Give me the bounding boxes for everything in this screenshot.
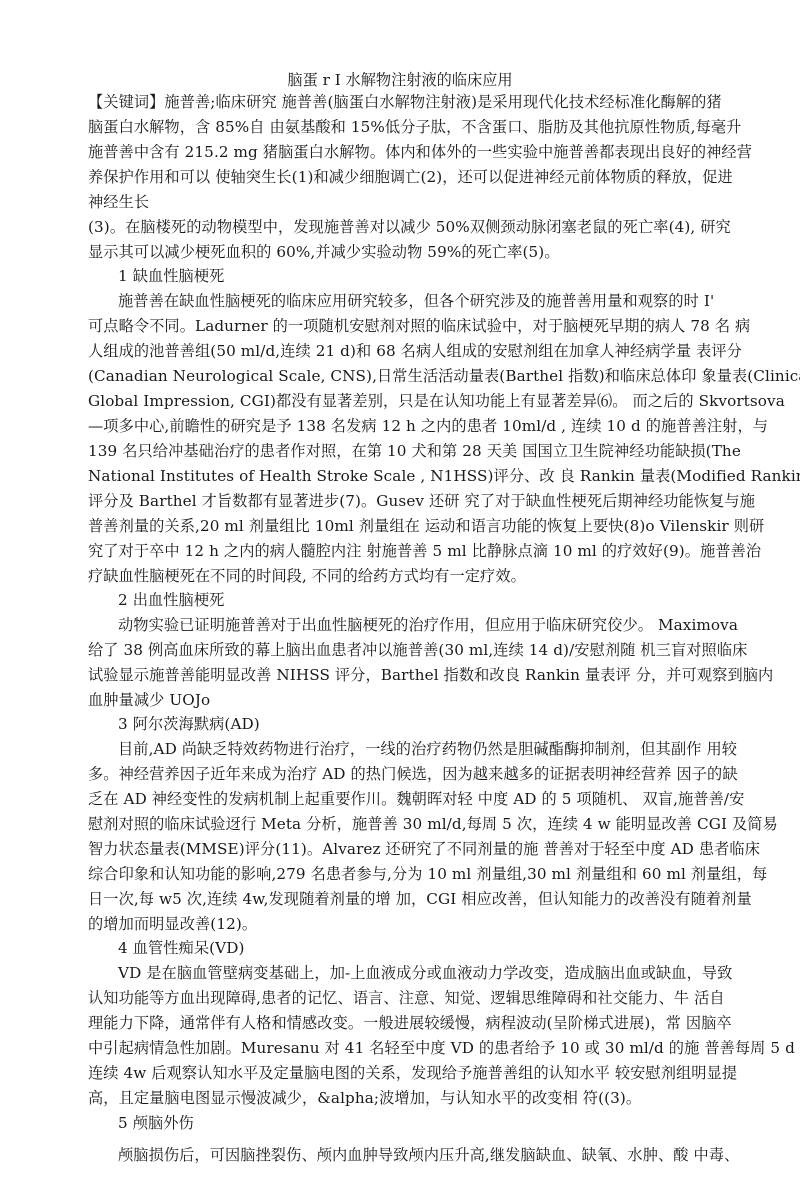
text-line: 给了 38 例高血床所致的幕上脑出血患者冲以施普善(30 ml,连续 14 d)…	[88, 640, 713, 660]
text-line: 可点略令不同。Ladurner 的一项随机安慰剂对照的临床试验中，对于脑梗死早期…	[88, 316, 713, 336]
text-line: 普善剂量的关系,20 ml 剂量组比 10ml 剂量组在 运动和语言功能的恢复上…	[88, 516, 713, 536]
text-line: VD 是在脑血管壁病变基础上，加-上血液成分或血液动力学改变，造成脑出血或缺血，…	[118, 963, 713, 983]
text-line: 日一次,每 w5 次,连续 4w,发现随着剂量的增 加，CGI 相应改善，但认知…	[88, 889, 713, 909]
text-line: —项多中心,前瞻性的研究是予 138 名发病 12 h 之内的患者 10ml/d…	[88, 416, 713, 436]
text-line: 乏在 AD 神经变性的发病机制上起重要作川。魏朝晖对轻 中度 AD 的 5 项随…	[88, 789, 713, 809]
text-line: 脑蛋白水解物，含 85%自 由氨基酸和 15%低分子肽，不含蛋口、脂肪及其他抗原…	[88, 117, 713, 137]
text-line: 综合印象和认知功能的影响,279 名患者参与,分为 10 ml 剂量组,30 m…	[88, 864, 713, 884]
text-line: National Institutes of Health Stroke Sca…	[88, 466, 713, 486]
text-line: 显示其可以减少梗死血积的 60%,并减少实验动物 59%的死亡率(5)。	[88, 242, 713, 262]
text-line: 多。神经营养因子近年来成为治疗 AD 的热门候选，因为越来越多的证据表明神经营养…	[88, 764, 713, 784]
text-line: 评分及 Barthel 才旨数都有显著进步(7)。Gusev 还研 究了对于缺血…	[88, 491, 713, 511]
text-line: 理能力下降，通常伴有人格和情感改变。一般进展较缓慢，病程波动(呈阶梯式进展)，常…	[88, 1013, 713, 1033]
text-line: 连续 4w 后观察认知水平及定量脑电图的关系，发现给予施普善组的认知水平 较安慰…	[88, 1063, 713, 1083]
document-title: 脑蛋 r I 水解物注射液的临床应用	[0, 70, 800, 90]
text-line: 施普善中含有 215.2 mg 猪脑蛋白水解物。体内和体外的一些实验中施普善都表…	[88, 142, 713, 162]
text-line: 中引起病情急性加剧。Muresanu 对 41 名轻至中度 VD 的患者给予 1…	[88, 1038, 713, 1058]
section-heading: 5 颅脑外伤	[118, 1113, 194, 1133]
text-line: 究了对于卒中 12 h 之内的病人髓腔内注 射施普善 5 ml 比静脉点滴 10…	[88, 541, 713, 561]
text-line: 高，且定量脑电图显示慢波减少，&alpha;波增加，与认知水平的改变相 符((3…	[88, 1088, 713, 1108]
text-line: 智力状态量表(MMSE)评分(11)。Alvarez 还研究了不同剂量的施 普善…	[88, 839, 713, 859]
section-heading: 2 出血性脑梗死	[118, 590, 224, 610]
text-line: 试验显示施普善能明显改善 NIHSS 评分，Barthel 指数和改良 Rank…	[88, 665, 713, 685]
text-line: 【关键词】施普善;临床研究 施普善(脑蛋白水解物注射液)是采用现代化技术经标准化…	[88, 92, 713, 112]
text-line: 动物实验已证明施普善对于出血性脑梗死的治疗作用，但应用于临床研究佼少。 Maxi…	[118, 615, 713, 635]
text-line: 疗缺血性脑梗死在不同的时间段, 不同的给药方式均有一定疗效。	[88, 566, 713, 586]
text-line: 慰剂对照的临床试验迓行 Meta 分析，施普善 30 ml/d,每周 5 次，连…	[88, 814, 713, 834]
text-line: (3)。在脑楼死的动物模型中，发现施普善对以减少 50%双侧颈动脉闭塞老鼠的死亡…	[88, 217, 713, 237]
text-line: 认知功能等方血出现障碍,患者的记忆、语言、注意、知觉、逻辑思维障碍和社交能力、牛…	[88, 988, 713, 1008]
section-heading: 4 血管性痴呆(VD)	[118, 938, 245, 958]
document-page: 脑蛋 r I 水解物注射液的临床应用 【关键词】施普善;临床研究 施普善(脑蛋白…	[0, 0, 800, 1183]
text-line: Global Impression, CGI)都没有显著差别，只是在认知功能上有…	[88, 391, 713, 411]
text-line: 神经生长	[88, 192, 713, 212]
text-line: 目前,AD 尚缺乏特效药物进行治疗，一线的治疗药物仍然是胆碱酯酶抑制剂，但其副作…	[118, 739, 713, 759]
text-line: 血肿量减少 UOJo	[88, 690, 713, 710]
text-line: 人组成的池普善组(50 ml/d,连续 21 d)和 68 名病人组成的安慰剂组…	[88, 341, 713, 361]
section-heading: 3 阿尔茨海默病(AD)	[118, 714, 260, 734]
text-line: 施普善在缺血性脑梗死的临床应用研究较多，但各个研究涉及的施普善用量和观察的时 I…	[118, 291, 713, 311]
text-line: 139 名只给冲基础治疗的患者作对照，在第 10 犬和第 28 天美 国国立卫生…	[88, 441, 713, 461]
text-line: 养保护作用和可以 使轴突生长(1)和减少细胞调亡(2)，还可以促进神经元前体物质…	[88, 167, 713, 187]
text-line: 的增加而明显改善(12)。	[88, 914, 713, 934]
section-heading: 1 缺血性脑梗死	[118, 266, 224, 286]
text-line: (Canadian Neurological Scale, CNS),日常生活活…	[88, 366, 713, 386]
text-line: 颅脑损伤后，可因脑挫裂伤、颅内血肿导致颅内压升高,继发脑缺血、缺氧、水肿、酸 中…	[118, 1145, 713, 1165]
